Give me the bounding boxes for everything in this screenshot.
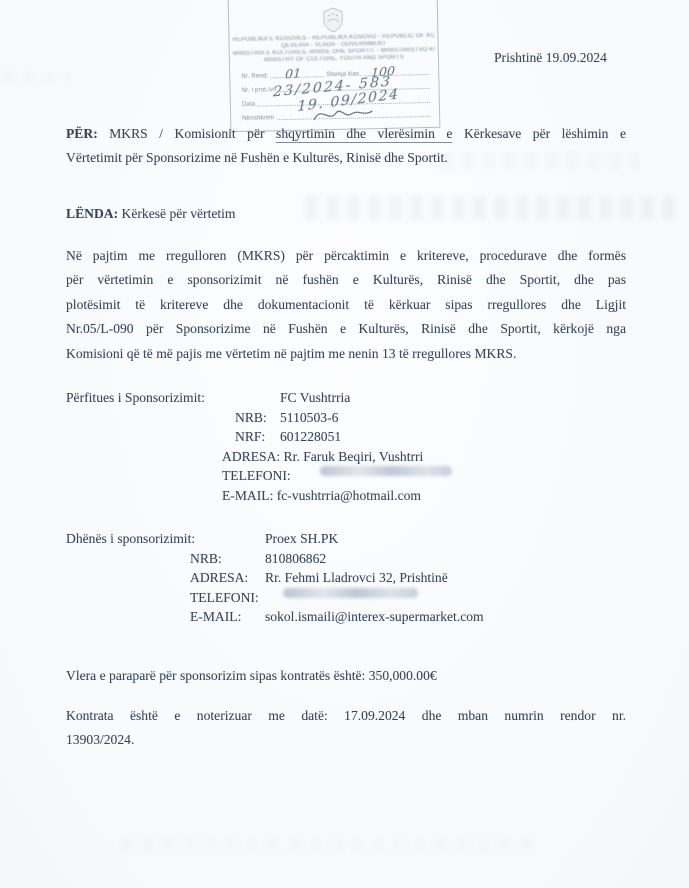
subject-label: LËNDA:: [66, 206, 118, 221]
beneficiary-email-row: E-MAIL: fc-vushtrria@hotmail.com: [66, 486, 626, 506]
body-line: Në pajtim me rregulloren (MKRS) për përc…: [66, 244, 626, 268]
contract-line: Kontrata është e noterizuar me datë: 17.…: [66, 704, 626, 728]
recipient-text: MKRS / Komisionit për: [98, 126, 276, 141]
stamp-field-label: Nënshkrimi: [240, 115, 276, 122]
field-label: NRF:: [235, 427, 265, 447]
field-label: NRB:: [235, 408, 267, 428]
sponsor-section: Dhënës i sponsorizimit: Proex SH.PK NRB:…: [66, 529, 626, 627]
value-line: Vlera e paraparë për sponsorizim sipas k…: [66, 664, 626, 688]
body-line: për vërtetimin e sponsorizimit në fushën…: [66, 268, 626, 292]
signature-scribble: [312, 106, 374, 123]
scan-artifact: [0, 72, 70, 82]
recipient-paragraph: PËR: MKRS / Komisionit për shqyrtimin dh…: [66, 122, 626, 171]
field-value: 601228051: [280, 427, 341, 447]
scan-artifact: [120, 838, 540, 852]
contract-paragraph: Kontrata është e noterizuar me datë: 17.…: [66, 704, 626, 753]
redacted-phone-blur: [320, 466, 452, 476]
sponsor-nrb-row: NRB: 810806862: [66, 549, 626, 569]
stamp-handwritten-value: 01: [285, 65, 302, 81]
field-value: ADRESA: Rr. Faruk Beqiri, Vushtrri: [222, 447, 423, 467]
subject-line: LËNDA: Kërkesë për vërtetim: [66, 202, 626, 226]
contract-line: 13903/2024.: [66, 728, 626, 752]
date-line: Prishtinë 19.09.2024: [494, 46, 644, 70]
recipient-line: Vërtetimit për Sponsorizime në Fushën e …: [66, 146, 626, 170]
beneficiary-name: FC Vushtrria: [280, 388, 350, 408]
field-label: TELEFONI:: [190, 588, 259, 608]
body-line: Komisioni që të më pajis me vërtetim në …: [66, 342, 626, 366]
body-paragraph: Në pajtim me rregulloren (MKRS) për përc…: [66, 244, 626, 366]
beneficiary-nrb-row: NRB: 5110503-6: [66, 408, 626, 428]
subject-text: Kërkesë për vërtetim: [118, 206, 235, 221]
body-line: Nr.05/L-090 për Sponsorizime në Fushën e…: [66, 317, 626, 341]
recipient-underlined-text: shqyrtimin dhe vlerësimin e: [276, 126, 452, 143]
redacted-phone-blur: [283, 588, 418, 598]
field-label: ADRESA:: [190, 568, 248, 588]
field-value: 5110503-6: [280, 408, 338, 428]
beneficiary-nrf-row: NRF: 601228051: [66, 427, 626, 447]
field-value: E-MAIL: fc-vushtrria@hotmail.com: [222, 486, 421, 506]
sponsor-name: Proex SH.PK: [265, 529, 338, 549]
section-title: Përfitues i Sponsorizimit:: [66, 388, 205, 408]
sponsor-phone-row: TELEFONI:: [66, 588, 626, 608]
field-label: NRB:: [190, 549, 222, 569]
field-value: 810806862: [265, 549, 326, 569]
beneficiary-phone-row: TELEFONI:: [66, 466, 626, 486]
sponsor-address-row: ADRESA: Rr. Fehmi Lladrovci 32, Prishtin…: [66, 568, 626, 588]
recipient-text: Kërkesave për lëshimin e: [452, 126, 626, 141]
section-title: Dhënës i sponsorizimit:: [66, 529, 195, 549]
field-label: TELEFONI:: [222, 466, 291, 486]
stamp-field-label: Nr. Rend.: [239, 73, 270, 80]
stamp-field-label: Data: [240, 102, 258, 108]
recipient-line: PËR: MKRS / Komisionit për shqyrtimin dh…: [66, 122, 626, 146]
beneficiary-section: Përfitues i Sponsorizimit: FC Vushtrria …: [66, 388, 626, 506]
recipient-label: PËR:: [66, 126, 98, 141]
stamp-header: REPUBLIKA E KOSOVËS - REPUBLIKA KOSOVO -…: [232, 33, 435, 65]
kosovo-emblem-icon: [322, 7, 345, 33]
scanned-document-page: REPUBLIKA E KOSOVËS - REPUBLIKA KOSOVO -…: [0, 0, 689, 888]
field-value: sokol.ismaili@interex-supermarket.com: [265, 607, 484, 627]
ministry-stamp: REPUBLIKA E KOSOVËS - REPUBLIKA KOSOVO -…: [228, 0, 441, 132]
beneficiary-title-row: Përfitues i Sponsorizimit: FC Vushtrria: [66, 388, 626, 408]
stamp-field-row: Nënshkrimi: [240, 105, 430, 123]
body-line: plotësimit të kritereve dhe dokumentacio…: [66, 293, 626, 317]
field-value: Rr. Fehmi Lladrovci 32, Prishtinë: [265, 568, 448, 588]
sponsor-title-row: Dhënës i sponsorizimit: Proex SH.PK: [66, 529, 626, 549]
field-label: E-MAIL:: [190, 607, 241, 627]
sponsor-email-row: E-MAIL: sokol.ismaili@interex-supermarke…: [66, 607, 626, 627]
beneficiary-address-row: ADRESA: Rr. Faruk Beqiri, Vushtrri: [66, 447, 626, 467]
